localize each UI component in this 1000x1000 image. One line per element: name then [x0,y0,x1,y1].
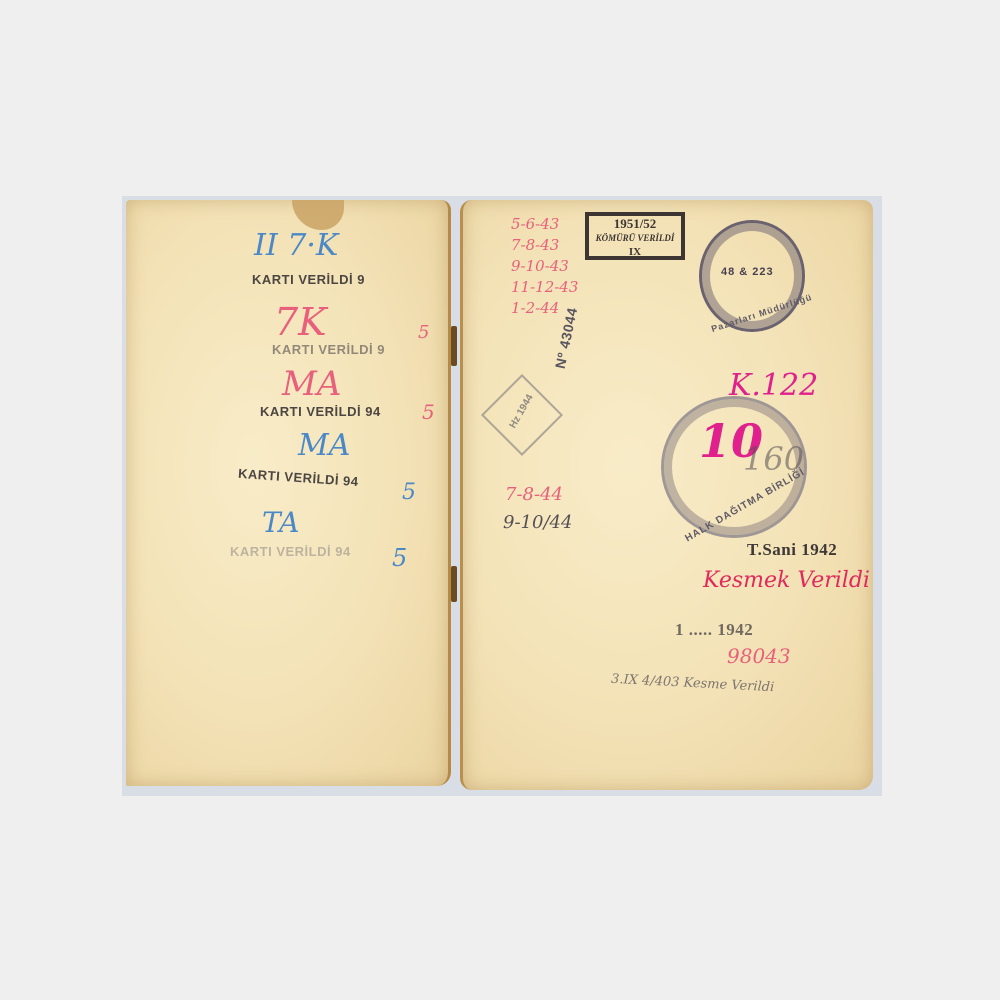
pencil-note: 3.IX 4/403 Kesme Verildi [611,672,775,696]
date-bottom-2: 9-10/44 [503,512,572,533]
date-entry: 11-12-43 [511,277,578,298]
right-page: 5-6-43 7-8-43 9-10-43 11-12-43 1-2-44 19… [460,200,873,790]
date-entry: 9-10-43 [511,256,578,277]
stamp-suffix-4: 5 [402,480,416,505]
stamp-entry-4: KARTI VERİLDİ 94 [238,466,359,489]
handwriting-entry-1: II 7·K [254,228,338,263]
date-stamp-1942: 1 ..... 1942 [675,620,753,640]
binding-staple-bottom [451,566,457,602]
handwriting-entry-2: 7K [274,300,327,344]
handwriting-entry-3: MA [282,364,341,404]
handwritten-number: 98043 [727,644,791,668]
box-stamp-label: KÖMÜRÜ VERİLDİ [588,231,682,245]
box-stamp-year: 1951/52 [588,217,682,231]
handwriting-entry-4: MA [298,428,350,463]
stamp-suffix-3: 5 [422,400,435,424]
date-entry: 5-6-43 [511,214,578,235]
stamp-entry-5: KARTI VERİLDİ 94 [230,544,351,559]
date-bottom-1: 7-8-44 [505,484,563,505]
stamp-entry-1: KARTI VERİLDİ 9 [252,272,365,287]
handwritten-issued-note: Kesmek Verildi [703,568,870,593]
torn-corner [292,200,344,230]
left-page: II 7·K KARTI VERİLDİ 9 7K KARTI VERİLDİ … [126,200,451,786]
binding-staple-top [451,326,457,366]
handwriting-entry-5: TA [262,506,299,539]
coal-issued-box-stamp: 1951/52 KÖMÜRÜ VERİLDİ IX [585,212,685,260]
stamp-entry-2: KARTI VERİLDİ 9 [272,342,385,357]
seal-center-text: 48 & 223 [721,266,774,278]
seal-inner-number: 160 [743,440,804,478]
stamp-entry-3: KARTI VERİLDİ 94 [260,404,381,419]
booklet-scan: II 7·K KARTI VERİLDİ 9 7K KARTI VERİLDİ … [122,196,882,796]
stamp-suffix-5: 5 [392,544,407,572]
date-entry: 7-8-43 [511,235,578,256]
date-stamp-sani-1942: T.Sani 1942 [747,540,837,560]
box-stamp-month: IX [588,245,682,259]
stamp-suffix-2: 5 [418,322,429,343]
date-column: 5-6-43 7-8-43 9-10-43 11-12-43 1-2-44 [511,214,578,319]
